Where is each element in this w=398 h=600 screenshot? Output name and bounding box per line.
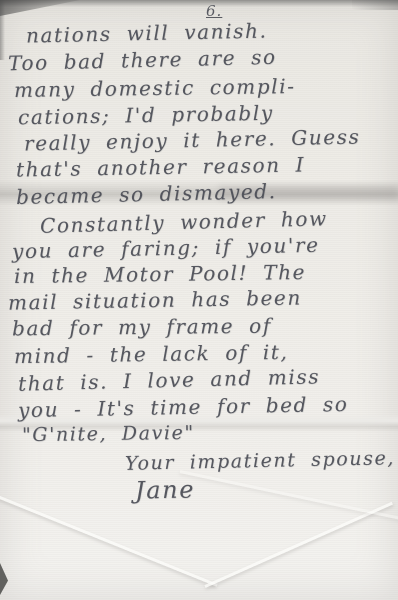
letter-line: mail situation has been (8, 285, 302, 314)
scan-corner-top-left (0, 0, 80, 16)
crease-diagonal-left (0, 492, 218, 587)
letter-line: that is. I love and miss (18, 364, 321, 395)
scan-notch-bottom-left (0, 563, 8, 595)
letter-line: Too bad there are so (8, 45, 277, 76)
letter-line: in the Motor Pool! The (14, 260, 306, 288)
letter-closing: Your impatient spouse, (125, 447, 395, 475)
letter-line: many domestic compli- (14, 74, 296, 102)
letter-line: mind - the lack of it, (14, 340, 289, 368)
crease-diagonal-right (204, 502, 392, 588)
letter-signature: Jane (135, 475, 195, 504)
letter-line: nations will vanish. (26, 18, 268, 47)
letter-line: cations; I'd probably (18, 101, 274, 129)
letter-line: you are faring; if you're (12, 233, 320, 263)
letter-page: 6. nations will vanish. Too bad there ar… (0, 0, 398, 600)
scan-edge-left (0, 0, 5, 60)
scan-corner-top-right (352, 0, 398, 10)
letter-line: that's another reason I (16, 152, 305, 181)
letter-line: bad for my frame of (12, 314, 272, 341)
letter-line-signoff-quote: "G'nite, Davie" (22, 422, 195, 446)
letter-line: really enjoy it here. Guess (24, 124, 361, 155)
page-number: 6. (206, 2, 222, 20)
